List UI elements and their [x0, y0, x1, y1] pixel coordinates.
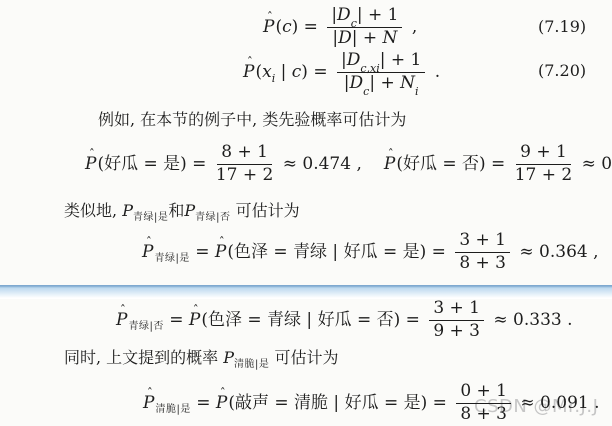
math-token: 可估计为	[230, 201, 299, 220]
math-token: 3 + 1	[459, 230, 506, 250]
math-token: 清脆|是	[234, 359, 269, 371]
math-token: 9 + 1	[520, 142, 567, 162]
math-token: ) =	[301, 62, 333, 82]
fraction-numerator: 0 + 1	[456, 382, 511, 404]
math-token: 同时, 上文提到的概率	[64, 348, 223, 367]
math-token: D	[338, 28, 352, 48]
math-token: | + 1	[357, 5, 399, 25]
math-token: 3 + 1	[433, 298, 480, 318]
math-token: 类似地,	[64, 201, 122, 220]
math-token: ,	[406, 17, 417, 37]
hat-variable: ˆP	[263, 17, 274, 37]
fraction-denominator: 17 + 2	[515, 165, 573, 186]
math-token: ≈ 0.474 ,	[277, 154, 362, 174]
math-token: |	[275, 62, 292, 82]
math-token: D	[350, 73, 364, 93]
math-token: (好瓜 = 否) =	[396, 154, 510, 174]
circumflex-accent: ˆ	[146, 236, 152, 248]
fraction: 0 + 18 + 3	[456, 382, 511, 424]
page-break-divider	[0, 285, 612, 299]
fraction-numerator: 3 + 1	[455, 231, 510, 253]
circumflex-accent: ˆ	[89, 148, 95, 160]
math-token: =	[190, 242, 215, 262]
circumflex-accent: ˆ	[120, 304, 126, 316]
circumflex-accent: ˆ	[388, 148, 394, 160]
math-token: ≈ 0.526 .	[576, 154, 612, 174]
circumflex-accent: ˆ	[219, 236, 225, 248]
hat-variable: ˆP	[85, 154, 96, 174]
math-token: ) =	[292, 17, 324, 37]
hat-variable: ˆP	[143, 393, 154, 413]
circumflex-accent: ˆ	[267, 11, 273, 23]
circumflex-accent: ˆ	[147, 387, 153, 399]
document-page: CSDN @Mr.J.J ˆP(c) = |Dc| + 1|D| + N ,(7…	[0, 0, 612, 426]
fraction-numerator: 3 + 1	[429, 299, 484, 321]
hat-variable: ˆP	[384, 154, 395, 174]
math-token: 0 + 1	[460, 381, 507, 401]
equation-prior-estimates: ˆP(好瓜 = 是) = 8 + 117 + 2 ≈ 0.474 ,ˆP(好瓜 …	[85, 142, 612, 186]
math-token: 17 + 2	[216, 165, 274, 185]
hat-variable: ˆP	[189, 310, 200, 330]
math-token: P	[122, 201, 133, 220]
math-token: c	[351, 17, 357, 30]
math-token: (色泽 = 青绿 | 好瓜 = 否) =	[201, 310, 425, 330]
fraction-denominator: 8 + 3	[460, 404, 507, 425]
math-token: ≈ 0.333 .	[488, 310, 573, 330]
math-token: P	[184, 201, 195, 220]
equation-7-20-number-label: (7.20)	[538, 61, 586, 80]
math-token: c	[282, 17, 292, 37]
math-token: D	[347, 50, 361, 70]
math-token: 青绿|否	[195, 212, 230, 224]
fraction-denominator: |Dc| + Ni	[344, 73, 419, 94]
math-token: =	[164, 310, 189, 330]
fraction-numerator: |Dc,xi| + 1	[337, 51, 425, 73]
math-token: | +	[352, 28, 383, 48]
fraction-numerator: 8 + 1	[217, 143, 272, 165]
math-token: (色泽 = 青绿 | 好瓜 = 是) =	[227, 242, 451, 262]
circumflex-accent: ˆ	[247, 56, 253, 68]
hat-variable: ˆP	[216, 393, 227, 413]
circumflex-accent: ˆ	[220, 387, 226, 399]
fraction: |Dc,xi| + 1|Dc| + Ni	[337, 51, 425, 93]
math-token: 8 + 3	[459, 253, 506, 273]
fraction-numerator: |Dc| + 1	[327, 6, 402, 28]
equation-qinglv-given-shi: ˆP青绿|是 = ˆP(色泽 = 青绿 | 好瓜 = 是) = 3 + 18 +…	[142, 230, 599, 274]
math-token: | + 1	[380, 50, 422, 70]
paragraph-similarly: 类似地, P青绿|是和P青绿|否 可估计为	[64, 198, 300, 224]
math-token: P	[223, 348, 234, 367]
math-token: 青绿|否	[128, 321, 163, 333]
math-token: ≈ 0.364 ,	[514, 242, 599, 262]
math-token: 和	[168, 201, 184, 220]
fraction: 9 + 117 + 2	[515, 143, 573, 185]
math-token: 清脆|是	[155, 404, 190, 416]
paragraph-meanwhile: 同时, 上文提到的概率 P清脆|是 可估计为	[64, 345, 339, 371]
fraction: 8 + 117 + 2	[216, 143, 274, 185]
math-token: c	[292, 62, 302, 82]
fraction: 3 + 19 + 3	[429, 299, 484, 341]
equation-7-20: ˆP(xi | c) = |Dc,xi| + 1|Dc| + Ni .	[243, 50, 440, 94]
math-token: 青绿|是	[154, 253, 189, 265]
math-token: =	[191, 393, 216, 413]
math-token: .	[429, 62, 440, 82]
math-token: i	[272, 72, 276, 85]
math-token: c,xi	[360, 62, 379, 75]
math-token: N	[383, 28, 398, 48]
equation-7-19-number-label: (7.19)	[538, 17, 586, 36]
hat-variable: ˆP	[243, 62, 254, 82]
math-token: | +	[369, 73, 400, 93]
hat-variable: ˆP	[116, 310, 127, 330]
math-token: (好瓜 = 是) =	[97, 154, 211, 174]
math-token: c	[363, 85, 369, 98]
math-token: x	[262, 62, 272, 82]
equation-qingcui-given-shi: ˆP清脆|是 = ˆP(敲声 = 清脆 | 好瓜 = 是) = 0 + 18 +…	[143, 381, 600, 425]
fraction-denominator: 8 + 3	[459, 253, 506, 274]
math-token: (敲声 = 清脆 | 好瓜 = 是) =	[228, 393, 452, 413]
math-token: (	[275, 17, 282, 37]
math-token: 8 + 1	[221, 142, 268, 162]
math-token: 17 + 2	[515, 165, 573, 185]
math-token: ≈ 0.091 .	[515, 393, 600, 413]
fraction: |Dc| + 1|D| + N	[327, 6, 402, 48]
math-token: 9 + 3	[433, 321, 480, 341]
math-token: 可估计为	[269, 348, 338, 367]
fraction-denominator: |D| + N	[332, 28, 397, 49]
fraction-denominator: 9 + 3	[433, 321, 480, 342]
equation-7-19: ˆP(c) = |Dc| + 1|D| + N ,	[263, 5, 417, 49]
math-token: D	[337, 5, 351, 25]
paragraph-example-intro: 例如, 在本节的例子中, 类先验概率可估计为	[98, 107, 406, 133]
math-token: 例如, 在本节的例子中, 类先验概率可估计为	[98, 110, 406, 129]
math-token: N	[400, 73, 415, 93]
fraction-denominator: 17 + 2	[216, 165, 274, 186]
hat-variable: ˆP	[142, 242, 153, 262]
hat-variable: ˆP	[215, 242, 226, 262]
math-token: 青绿|是	[133, 212, 168, 224]
equation-qinglv-given-fou: ˆP青绿|否 = ˆP(色泽 = 青绿 | 好瓜 = 否) = 3 + 19 +…	[116, 298, 573, 342]
math-token: (	[255, 62, 262, 82]
math-token: i	[415, 85, 419, 98]
fraction: 3 + 18 + 3	[455, 231, 510, 273]
circumflex-accent: ˆ	[193, 304, 199, 316]
fraction-numerator: 9 + 1	[516, 143, 571, 165]
math-token: 8 + 3	[460, 404, 507, 424]
